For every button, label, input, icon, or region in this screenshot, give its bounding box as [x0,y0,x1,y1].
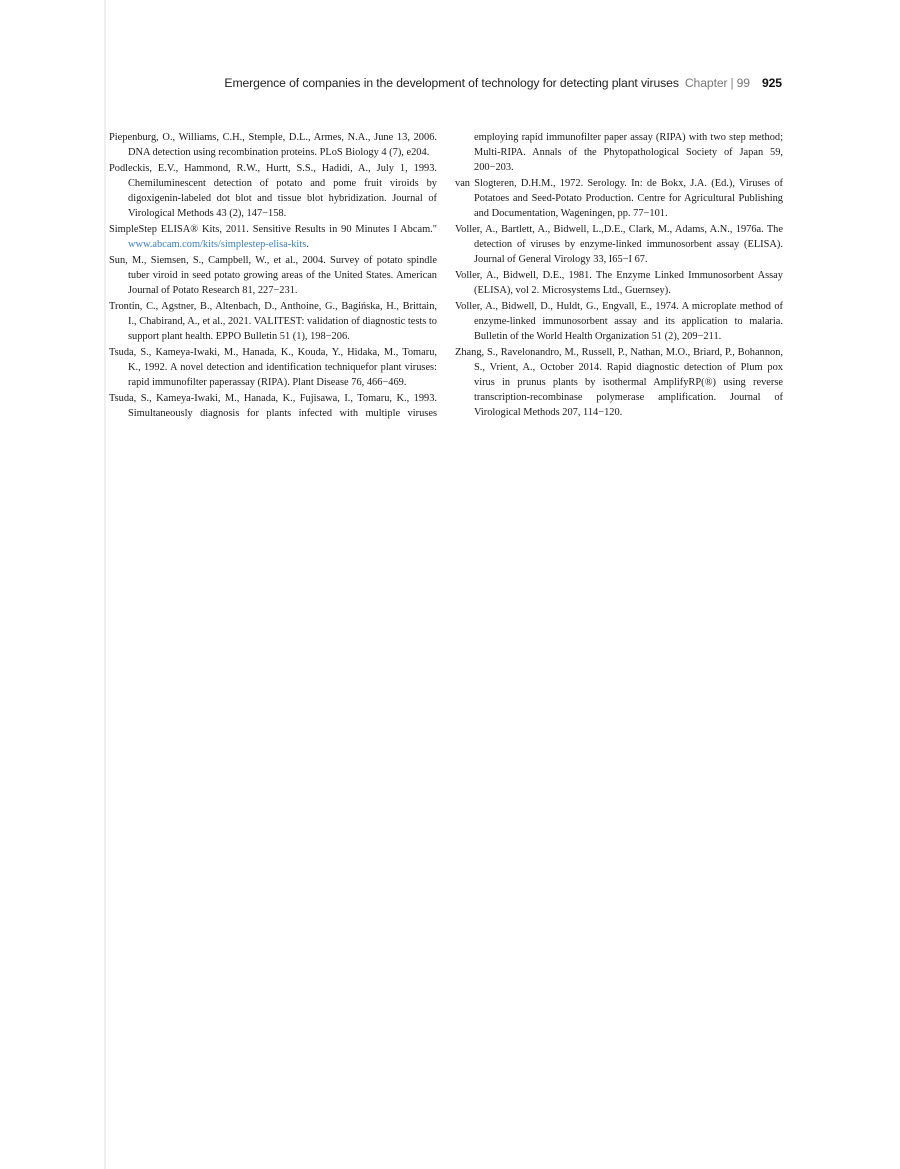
left-column: Piepenburg, O., Williams, C.H., Stemple,… [109,130,437,422]
reference-entry: Voller, A., Bartlett, A., Bidwell, L.,D.… [455,222,783,267]
reference-entry: Piepenburg, O., Williams, C.H., Stemple,… [109,130,437,160]
header-separator: | [731,76,734,90]
chapter-number: 99 [737,76,750,90]
scan-edge-line [104,0,106,1169]
running-title: Emergence of companies in the developmen… [224,76,678,90]
reference-entry: Tsuda, S., Kameya-Iwaki, M., Hanada, K.,… [109,391,437,421]
page-number: 925 [762,76,782,90]
right-column: employing rapid immunofilter paper assay… [455,130,783,422]
reference-entry: Tsuda, S., Kameya-Iwaki, M., Hanada, K.,… [109,345,437,390]
reference-entry: Voller, A., Bidwell, D.E., 1981. The Enz… [455,268,783,298]
reference-entry: SimpleStep ELISA® Kits, 2011. Sensitive … [109,222,437,252]
reference-entry: van Slogteren, D.H.M., 1972. Serology. I… [455,176,783,221]
reference-entry: Podleckis, E.V., Hammond, R.W., Hurtt, S… [109,161,437,221]
reference-entry: Voller, A., Bidwell, D., Huldt, G., Engv… [455,299,783,344]
reference-link[interactable]: www.abcam.com/kits/simplestep-elisa-kits [128,239,306,250]
reference-entry: Sun, M., Siemsen, S., Campbell, W., et a… [109,253,437,298]
reference-entry-continuation: employing rapid immunofilter paper assay… [455,130,783,175]
chapter-label: Chapter [685,76,728,90]
reference-text: SimpleStep ELISA® Kits, 2011. Sensitive … [109,224,437,235]
reference-entry: Trontin, C., Agstner, B., Altenbach, D.,… [109,299,437,344]
reference-list: Piepenburg, O., Williams, C.H., Stemple,… [109,130,783,422]
running-header: Emergence of companies in the developmen… [224,76,782,90]
reference-entry: Zhang, S., Ravelonandro, M., Russell, P.… [455,345,783,420]
reference-text-end: . [306,239,309,250]
